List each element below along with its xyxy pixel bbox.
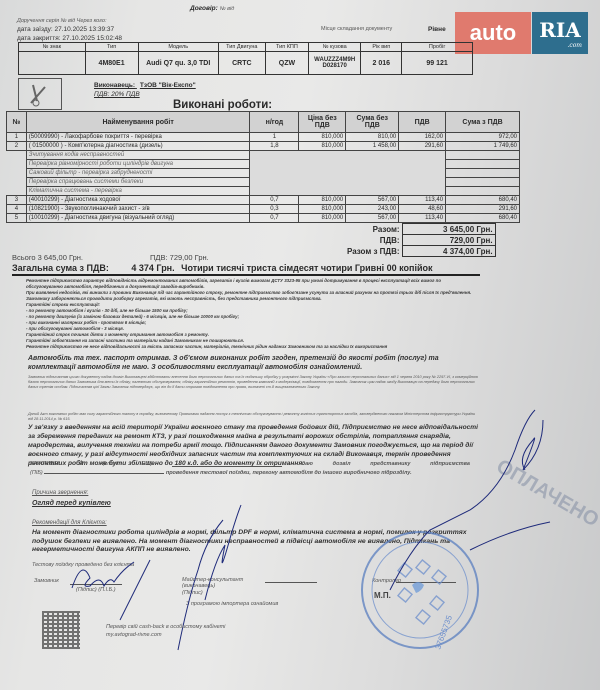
stamp-code: 37655735 <box>433 614 454 651</box>
paid-stamp: ОПЛАЧЕНО <box>493 455 600 531</box>
cashback-link[interactable]: my.avtograd-rivne.com <box>106 632 162 638</box>
round-stamp-icon <box>362 532 478 648</box>
qr-code-icon[interactable] <box>42 611 80 649</box>
signatures-and-stamps: 37655735 ОПЛАЧЕНО <box>0 0 600 690</box>
handwritten-signatures <box>72 410 550 650</box>
cashback-line1: Перевір свій cash-back в особистому кабі… <box>106 624 225 630</box>
